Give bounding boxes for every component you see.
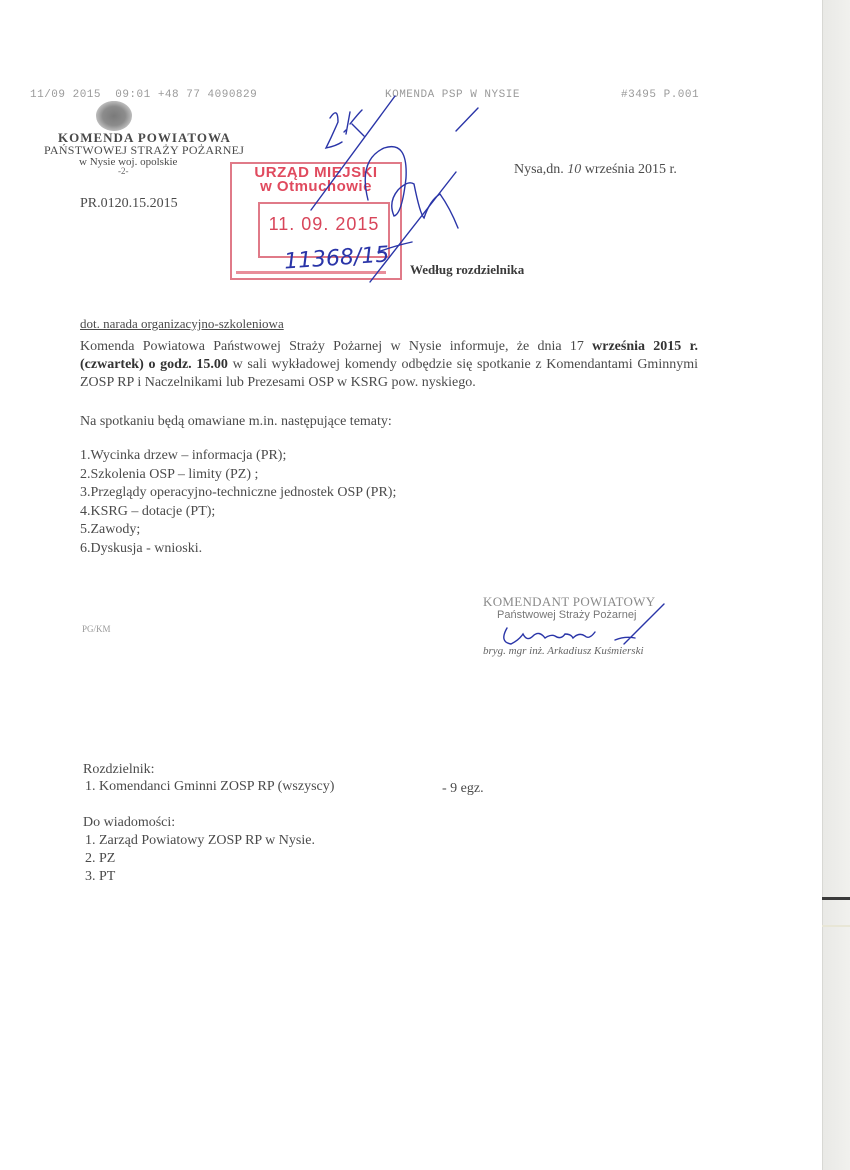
author-initials: PG/KM (82, 624, 111, 634)
stamp-bottom-line (236, 271, 386, 274)
scanner-edge-line (822, 925, 850, 927)
distribution-heading: Rozdzielnik: (83, 762, 155, 778)
scanner-edge-strip (822, 0, 850, 1170)
cc-list: 1. Zarząd Powiatowy ZOSP RP w Nysie. 2. … (85, 832, 315, 886)
topic-item: 4.KSRG – dotacje (PT); (80, 503, 396, 522)
signature-title: KOMENDANT POWIATOWY (483, 594, 655, 610)
place-date-suffix: września 2015 r. (581, 162, 677, 177)
topics-intro: Na spotkaniu będą omawiane m.in. następu… (80, 414, 392, 430)
distribution-count: - 9 egz. (442, 781, 484, 797)
signature-name: bryg. mgr inż. Arkadiusz Kuśmierski (483, 645, 644, 657)
place-date-day: 10 (567, 162, 581, 177)
topic-item: 6.Dyskusja - wnioski. (80, 540, 396, 559)
fax-page-number: #3495 P.001 (621, 89, 699, 101)
stamp-office-name: URZĄD MIEJSKI w Otmuchowie (232, 166, 400, 194)
letterhead-page-mark: -2- (118, 166, 129, 176)
topic-item: 3.Przeglądy operacyjno-techniczne jednos… (80, 484, 396, 503)
topic-item: 5.Zawody; (80, 521, 396, 540)
signature-subtitle: Państwowej Straży Pożarnej (497, 609, 636, 621)
fax-datetime-phone: 11/09 2015 09:01 +48 77 4090829 (30, 89, 257, 101)
body-text-1: Komenda Powiatowa Państwowej Straży Poża… (80, 339, 592, 354)
cc-item: 1. Zarząd Powiatowy ZOSP RP w Nysie. (85, 832, 315, 850)
registry-stamp: URZĄD MIEJSKI w Otmuchowie 11. 09. 2015 … (230, 162, 402, 280)
distribution-item: 1. Komendanci Gminni ZOSP RP (wszyscy) (85, 779, 334, 795)
stamp-date: 11. 09. 2015 (260, 214, 388, 235)
fax-sender: KOMENDA PSP W NYSIE (385, 89, 520, 101)
handwritten-annotation-mark (326, 110, 364, 148)
body-paragraph: Komenda Powiatowa Państwowej Straży Poża… (80, 338, 698, 392)
topics-list: 1.Wycinka drzew – informacja (PR); 2.Szk… (80, 447, 396, 559)
cc-heading: Do wiadomości: (83, 815, 175, 831)
place-date-prefix: Nysa,dn. (514, 162, 567, 177)
subject-line: dot. narada organizacyjno-szkoleniowa (80, 316, 284, 332)
place-date: Nysa,dn. 10 września 2015 r. (514, 162, 677, 178)
reference-number: PR.0120.15.2015 (80, 196, 178, 212)
eagle-emblem-icon (96, 101, 132, 131)
scanner-edge-line (822, 897, 850, 900)
cc-item: 3. PT (85, 868, 315, 886)
cc-item: 2. PZ (85, 850, 315, 868)
stamp-line-2: w Otmuchowie (232, 180, 400, 194)
topic-item: 2.Szkolenia OSP – limity (PZ) ; (80, 466, 396, 485)
handwritten-diagonal-stroke (456, 108, 478, 131)
recipient: Według rozdzielnika (410, 262, 524, 278)
topic-item: 1.Wycinka drzew – informacja (PR); (80, 447, 396, 466)
